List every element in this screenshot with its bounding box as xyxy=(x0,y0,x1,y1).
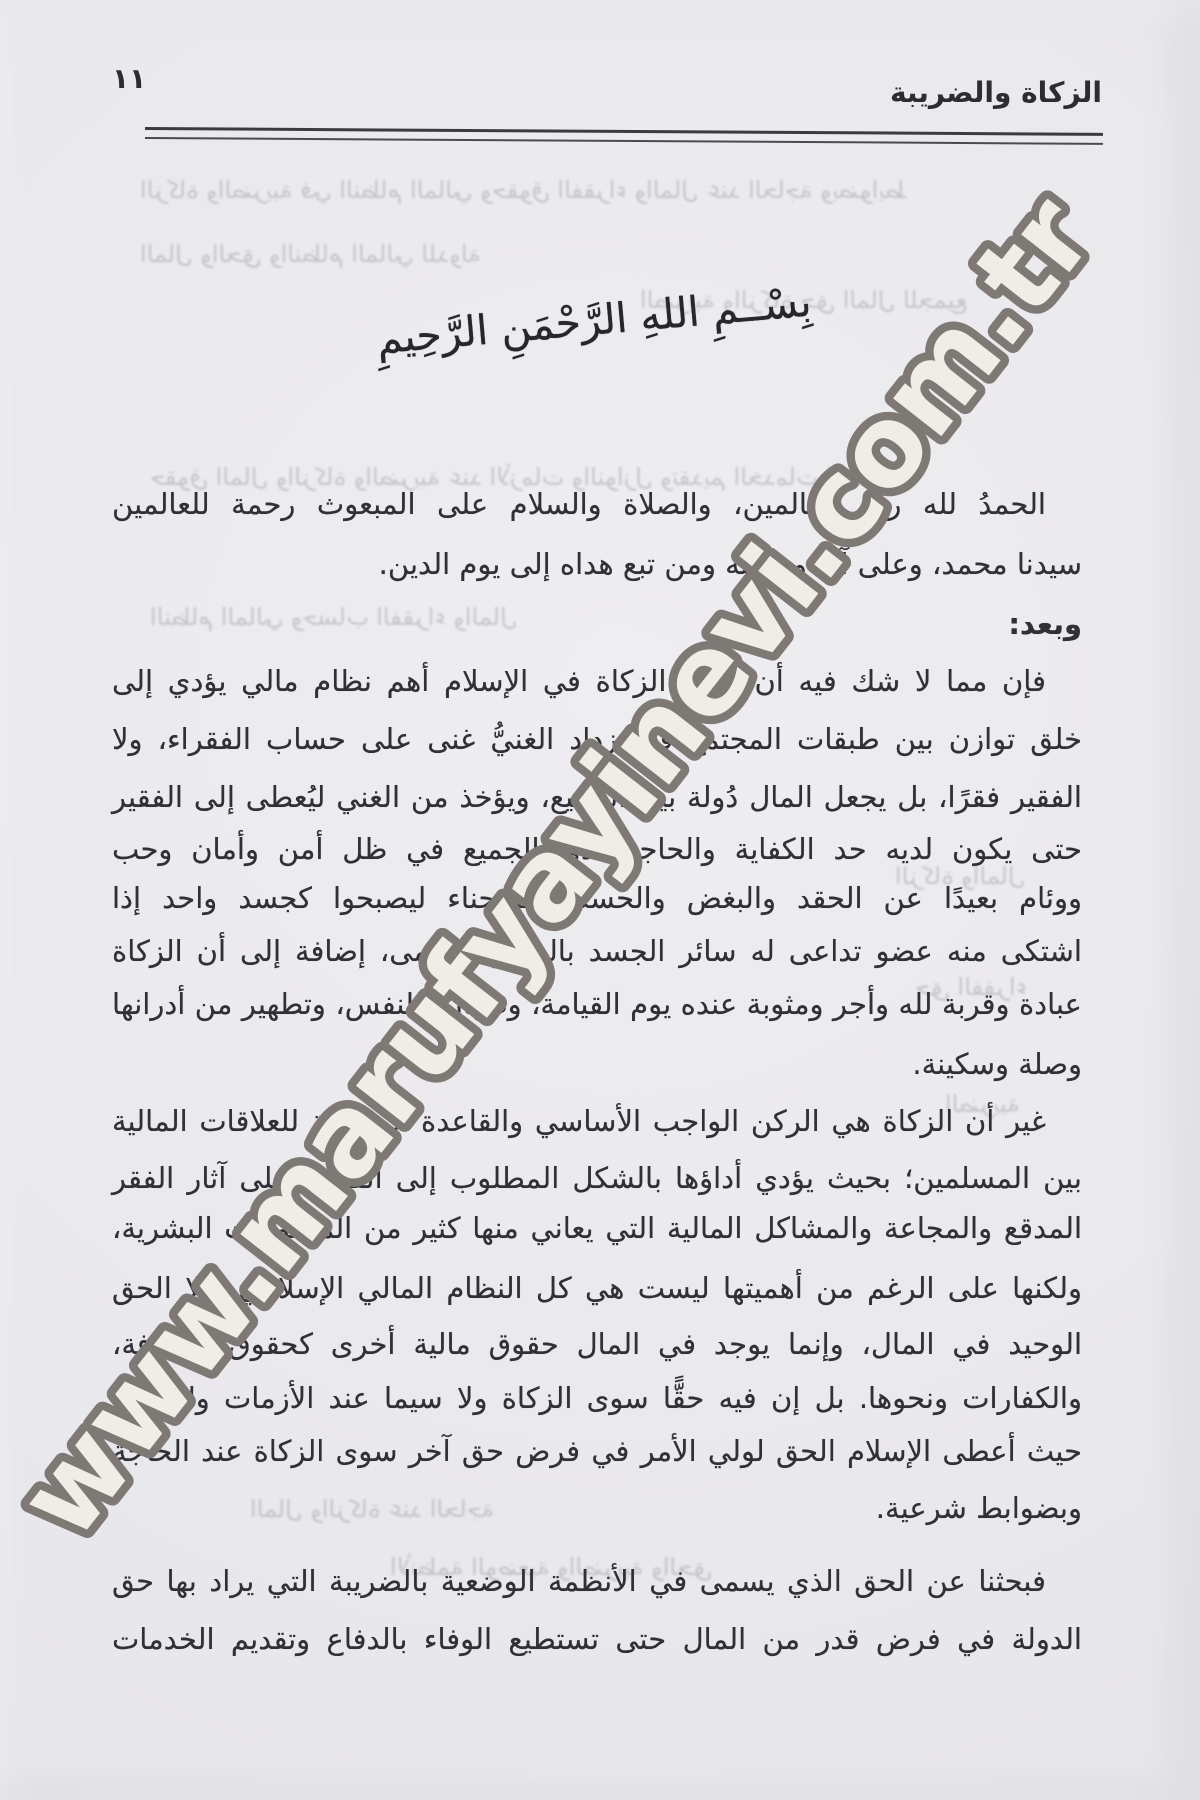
body-line-9: اشتكى منه عضو تداعى له سائر الجسد بالسهر… xyxy=(112,934,1082,982)
header-divider-rule xyxy=(145,127,1103,145)
body-line-6: الفقير فقرًا، بل يجعل المال دُولة بين ال… xyxy=(112,780,1082,828)
page-number: ١١ xyxy=(112,62,146,95)
body-line-16: الوحيد في المال، وإنما يوجد في المال حقو… xyxy=(112,1327,1082,1375)
body-line-4: فإن مما لا شك فيه أن نظام الزكاة في الإس… xyxy=(112,664,1082,712)
body-line-8: ووئام بعيدًا عن الحقد والبغض والحسد والش… xyxy=(112,881,1082,929)
body-line-18: حيث أعطى الإسلام الحق لولي الأمر في فرض … xyxy=(112,1434,1082,1482)
body-line-20: فبحثنا عن الحق الذي يسمى في الأنظمة الوض… xyxy=(112,1564,1082,1612)
body-line-14: المدقع والمجاعة والمشاكل المالية التي يع… xyxy=(112,1211,1082,1259)
body-line-3: وبعد: xyxy=(112,607,1082,655)
body-line-1: الحمدُ لله رب العالمين، والصلاة والسلام … xyxy=(112,487,1082,535)
body-line-21: الدولة في فرض قدر من المال حتى تستطيع ال… xyxy=(112,1622,1082,1670)
printed-content-layer: ١١ الزكاة والضريبة بِسْــمِ اللهِ الرَّح… xyxy=(0,0,1200,1800)
body-line-11: وصلة وسكينة. xyxy=(112,1047,1082,1095)
body-line-19: وبضوابط شرعية. xyxy=(112,1491,1082,1539)
body-line-13: بين المسلمين؛ بحيث يؤدي أداؤها بالشكل ال… xyxy=(112,1161,1082,1209)
body-line-15: ولكنها على الرغم من أهميتها ليست هي كل ا… xyxy=(112,1271,1082,1319)
body-line-5: خلق توازن بين طبقات المجتمع فلا يزداد ال… xyxy=(112,722,1082,770)
body-line-7: حتى يكون لديه حد الكفاية والحاجة لدى الج… xyxy=(112,832,1082,880)
basmala-calligraphy: بِسْــمِ اللهِ الرَّحْمَنِ الرَّحِيمِ xyxy=(387,278,814,363)
running-header-title: الزكاة والضريبة xyxy=(890,76,1102,109)
body-line-10: عبادة وقربة لله وأجر ومثوبة عنده يوم الق… xyxy=(112,987,1082,1035)
body-line-17: والكفارات ونحوها. بل إن فيه حقًّا سوى ال… xyxy=(112,1381,1082,1429)
scanned-book-page: الزكاة والضريبة في النظام المالي وحقوق ا… xyxy=(0,0,1200,1800)
body-line-2: سيدنا محمد، وعلى آله وصحبه ومن تبع هداه … xyxy=(112,547,1082,595)
body-line-12: غير أن الزكاة هي الركن الواجب الأساسي وا… xyxy=(112,1104,1082,1152)
